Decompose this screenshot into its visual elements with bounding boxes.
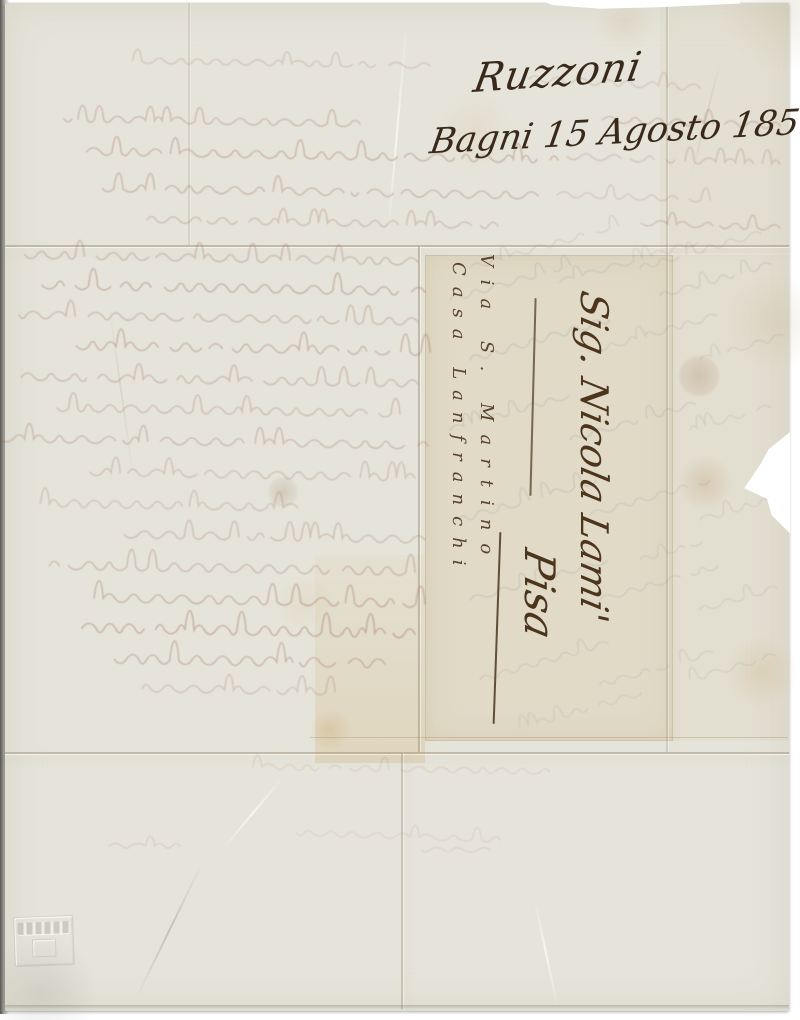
letter-paper <box>5 3 789 1011</box>
letter-scan: Ruzzoni Bagni 15 Agosto 1851 Sig. Nicola… <box>0 0 800 1020</box>
